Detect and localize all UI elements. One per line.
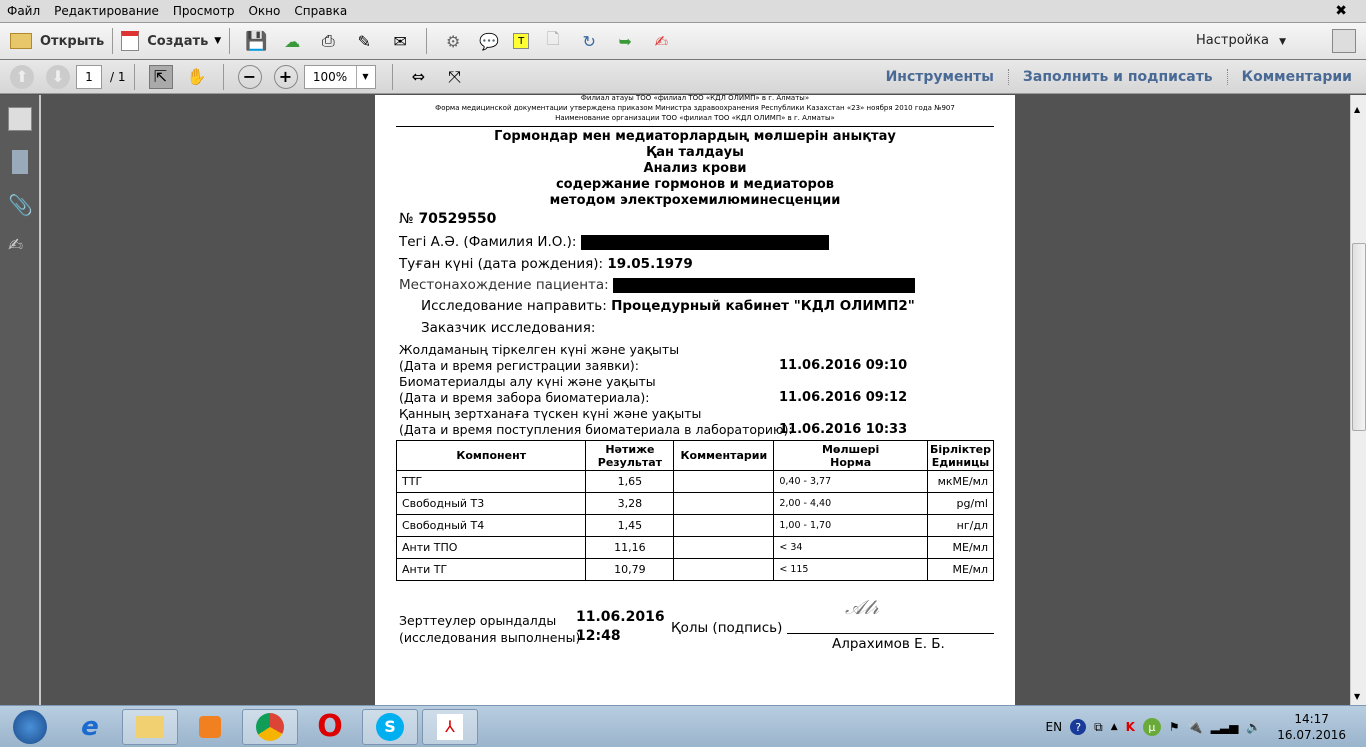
menu-view[interactable]: Просмотр <box>166 4 242 18</box>
explorer-icon[interactable] <box>122 709 178 745</box>
select-tool-icon[interactable]: ⇱ <box>149 65 173 89</box>
attachment-icon[interactable]: 📎 <box>8 193 32 217</box>
zoom-in-icon[interactable]: + <box>274 65 298 89</box>
edit-icon[interactable]: ✎ <box>352 29 376 53</box>
main-toolbar: Открыть Создать▼ 💾 ☁ ⎙ ✎ ✉ ⚙ 💬 T 🗋 ↻ ➥ ✍… <box>0 22 1366 60</box>
bookmark-icon[interactable] <box>12 150 28 174</box>
next-page-icon[interactable]: ⬇ <box>46 65 70 89</box>
pdf-page: Филиал атауы ТОО «филиал ТОО «КДЛ ОЛИМП»… <box>375 95 1015 705</box>
mail-icon[interactable]: ✉ <box>388 29 412 53</box>
zoom-out-icon[interactable]: − <box>238 65 262 89</box>
fit-width-icon[interactable]: ⇔ <box>407 65 431 89</box>
open-button[interactable]: Открыть <box>10 27 104 55</box>
power-icon[interactable]: 🔌 <box>1188 720 1203 734</box>
table-row: Свободный Т33,282,00 - 4,40pg/ml <box>397 493 994 515</box>
done-datetime: 11.06.201612:48 <box>576 608 665 646</box>
folder-icon <box>10 33 32 49</box>
menu-bar: Файл Редактирование Просмотр Окно Справк… <box>0 0 1366 22</box>
redacted-location <box>613 278 915 293</box>
nav-toolbar: ⬆ ⬇ 1 / 1 ⇱ ✋ − + 100%▼ ⇔ ⤧ Инструменты … <box>0 60 1366 94</box>
comments-link[interactable]: Комментарии <box>1227 69 1366 85</box>
zoom-select[interactable]: 100%▼ <box>304 65 376 89</box>
tools-link[interactable]: Инструменты <box>872 69 1008 85</box>
table-row: ТТГ1,650,40 - 3,77мкМЕ/мл <box>397 471 994 493</box>
save-icon[interactable]: 💾 <box>244 29 268 53</box>
signer-name: Алрахимов Е. Б. <box>832 636 945 652</box>
order-number: № 70529550 <box>399 211 496 227</box>
fit-page-icon[interactable]: ⤧ <box>443 65 467 89</box>
acrobat-icon[interactable]: ⅄ <box>422 709 478 745</box>
patient-name: Тегі А.Ә. (Фамилия И.О.): <box>399 234 829 250</box>
navigation-panel: 📎 ✍ <box>0 95 41 705</box>
extract-page-icon[interactable]: ➥ <box>613 29 637 53</box>
show-hidden-icons[interactable]: ▲ <box>1111 722 1118 732</box>
sign-label: Қолы (подпись) <box>671 620 782 636</box>
opera-icon[interactable]: O <box>302 709 358 745</box>
system-tray: EN ? ⧉ ▲ K µ ⚑ 🔌 ▂▃▅ 🔊 14:1716.07.2016 <box>1046 706 1346 747</box>
cloud-upload-icon[interactable]: ☁ <box>280 29 304 53</box>
hand-tool-icon[interactable]: ✋ <box>185 65 209 89</box>
signature-image: 𝒜𝓁𝓇 <box>845 595 879 619</box>
print-icon[interactable]: ⎙ <box>316 29 340 53</box>
scroll-up-icon[interactable]: ▲ <box>1354 105 1360 114</box>
signature-icon[interactable]: ✍ <box>8 235 32 259</box>
customer: Заказчик исследования: <box>421 320 595 336</box>
results-table: Компонент Нәтиже Результат Комментарии М… <box>396 440 994 581</box>
menu-edit[interactable]: Редактирование <box>47 4 166 18</box>
clock[interactable]: 14:1716.07.2016 <box>1277 711 1346 743</box>
table-row: Свободный Т41,451,00 - 1,70нг/дл <box>397 515 994 537</box>
prev-page-icon[interactable]: ⬆ <box>10 65 34 89</box>
delete-page-icon[interactable]: 🗋 <box>541 29 565 53</box>
customize-button[interactable]: Настройка ▼ <box>1196 33 1286 48</box>
help-icon[interactable]: ? <box>1070 719 1086 735</box>
show-desktop-icon[interactable]: ⧉ <box>1094 720 1103 735</box>
sign-doc-icon[interactable]: ✍ <box>649 29 673 53</box>
text-annotation-icon[interactable]: T <box>513 33 529 49</box>
media-player-icon[interactable] <box>182 709 238 745</box>
patient-location: Местонахождение пациента: <box>399 277 915 293</box>
language-indicator[interactable]: EN <box>1046 720 1063 734</box>
page-count: / 1 <box>110 70 126 84</box>
create-button[interactable]: Создать▼ <box>121 27 221 55</box>
dates-block: Жолдаманың тіркелген күні және уақыты(Да… <box>399 342 919 438</box>
redacted-name <box>581 235 829 250</box>
pages-icon[interactable] <box>8 107 32 131</box>
start-button[interactable] <box>2 709 58 745</box>
action-center-icon[interactable]: ⚑ <box>1169 720 1180 734</box>
taskbar: e O S ⅄ EN ? ⧉ ▲ K µ ⚑ 🔌 ▂▃▅ 🔊 14:1716.0… <box>0 705 1366 747</box>
utorrent-icon[interactable]: µ <box>1143 718 1161 736</box>
page-number-input[interactable]: 1 <box>76 65 102 89</box>
rotate-page-icon[interactable]: ↻ <box>577 29 601 53</box>
create-pdf-icon <box>121 31 139 51</box>
comment-icon[interactable]: 💬 <box>477 29 501 53</box>
expand-icon[interactable] <box>1332 29 1356 53</box>
vertical-scrollbar[interactable]: ▲ ▼ <box>1350 95 1366 705</box>
close-icon[interactable]: ✖ <box>1328 3 1354 19</box>
done-label: Зерттеулер орындалды(исследования выполн… <box>399 612 580 646</box>
kaspersky-icon[interactable]: K <box>1126 720 1135 734</box>
scroll-thumb[interactable] <box>1352 243 1366 431</box>
document-title: Гормондар мен медиаторлардың мөлшерін ан… <box>375 129 1015 209</box>
volume-icon[interactable]: 🔊 <box>1246 720 1261 734</box>
chrome-icon[interactable] <box>242 709 298 745</box>
network-icon[interactable]: ▂▃▅ <box>1211 720 1239 734</box>
menu-help[interactable]: Справка <box>287 4 354 18</box>
skype-icon[interactable]: S <box>362 709 418 745</box>
menu-file[interactable]: Файл <box>0 4 47 18</box>
fill-sign-link[interactable]: Заполнить и подписать <box>1008 69 1227 85</box>
scroll-down-icon[interactable]: ▼ <box>1354 692 1360 701</box>
direct-to: Исследование направить: Процедурный каби… <box>421 298 915 314</box>
patient-dob: Туған күні (дата рождения): 19.05.1979 <box>399 256 693 272</box>
table-row: Анти ТГ10,79< 115МЕ/мл <box>397 559 994 581</box>
gear-icon[interactable]: ⚙ <box>441 29 465 53</box>
table-row: Анти ТПО11,16< 34МЕ/мл <box>397 537 994 559</box>
menu-window[interactable]: Окно <box>241 4 287 18</box>
ie-icon[interactable]: e <box>62 709 118 745</box>
